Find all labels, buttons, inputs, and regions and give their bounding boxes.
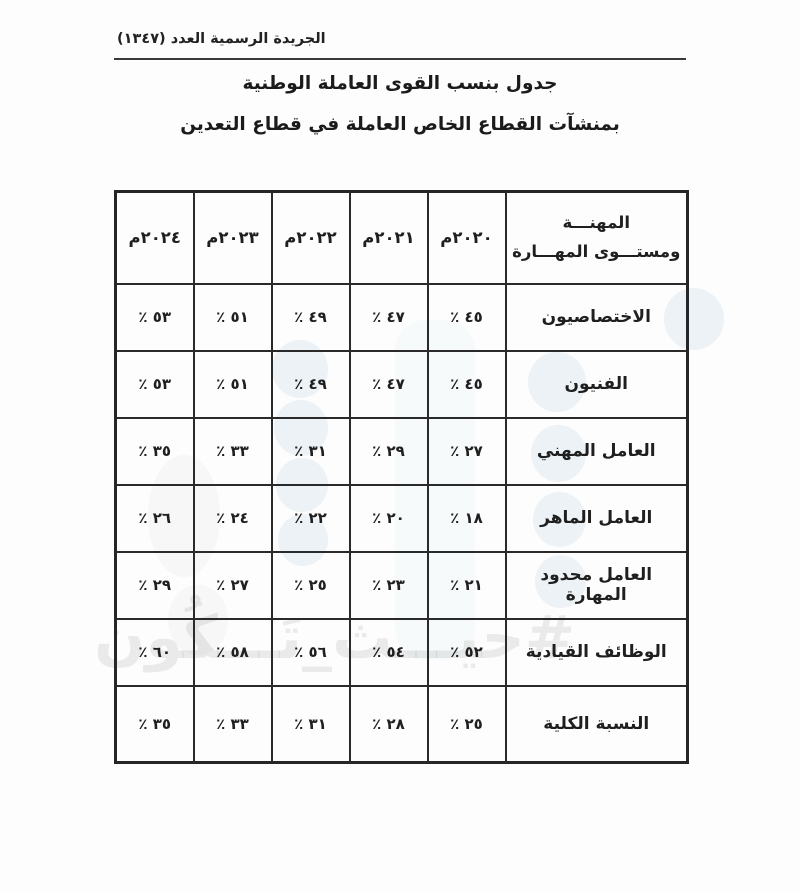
table-row: الفنيون٤٥ ٪٤٧ ٪٤٩ ٪٥١ ٪٥٣ ٪ bbox=[116, 351, 688, 418]
percent-cell: ٢٤ ٪ bbox=[194, 485, 272, 552]
percent-cell: ٤٩ ٪ bbox=[272, 284, 350, 351]
percent-cell: ٤٥ ٪ bbox=[428, 284, 506, 351]
percent-cell: ٥١ ٪ bbox=[194, 351, 272, 418]
year-header-2024: ٢٠٢٤م bbox=[116, 192, 194, 284]
row-label: العامل المهني bbox=[506, 418, 688, 485]
workforce-table-body: الاختصاصيون٤٥ ٪٤٧ ٪٤٩ ٪٥١ ٪٥٣ ٪الفنيون٤٥… bbox=[116, 284, 688, 763]
percent-cell: ٣٣ ٪ bbox=[194, 686, 272, 763]
header-rule bbox=[114, 58, 686, 60]
percent-cell: ٢٧ ٪ bbox=[194, 552, 272, 619]
table-row: الوظائف القيادية٥٢ ٪٥٤ ٪٥٦ ٪٥٨ ٪٦٠ ٪ bbox=[116, 619, 688, 686]
percent-cell: ٣٥ ٪ bbox=[116, 418, 194, 485]
percent-cell: ٢٠ ٪ bbox=[350, 485, 428, 552]
year-header-2022: ٢٠٢٢م bbox=[272, 192, 350, 284]
percent-cell: ٤٥ ٪ bbox=[428, 351, 506, 418]
table-row: العامل محدود المهارة٢١ ٪٢٣ ٪٢٥ ٪٢٧ ٪٢٩ ٪ bbox=[116, 552, 688, 619]
percent-cell: ٥٨ ٪ bbox=[194, 619, 272, 686]
percent-cell: ٣٥ ٪ bbox=[116, 686, 194, 763]
percent-cell: ٣١ ٪ bbox=[272, 686, 350, 763]
table-row: العامل المهني٢٧ ٪٢٩ ٪٣١ ٪٣٣ ٪٣٥ ٪ bbox=[116, 418, 688, 485]
occupation-header-line2: ومستـــوى المهـــارة bbox=[509, 238, 685, 267]
percent-cell: ٢٧ ٪ bbox=[428, 418, 506, 485]
row-label: الوظائف القيادية bbox=[506, 619, 688, 686]
percent-cell: ٢٢ ٪ bbox=[272, 485, 350, 552]
percent-cell: ٢٦ ٪ bbox=[116, 485, 194, 552]
percent-cell: ٥٦ ٪ bbox=[272, 619, 350, 686]
occupation-header-line1: المهنـــة bbox=[509, 209, 685, 238]
year-header-2023: ٢٠٢٣م bbox=[194, 192, 272, 284]
percent-cell: ٦٠ ٪ bbox=[116, 619, 194, 686]
document-title-line2: بمنشآت القطاع الخاص العاملة في قطاع التع… bbox=[0, 114, 800, 135]
gazette-running-head: الجريدة الرسمية العدد (١٣٤٧) bbox=[117, 31, 326, 47]
percent-cell: ٥٣ ٪ bbox=[116, 351, 194, 418]
percent-cell: ٥٤ ٪ bbox=[350, 619, 428, 686]
percent-cell: ٥٣ ٪ bbox=[116, 284, 194, 351]
workforce-percentages-table: المهنـــة ومستـــوى المهـــارة ٢٠٢٠م ٢٠٢… bbox=[114, 190, 689, 764]
percent-cell: ٥٢ ٪ bbox=[428, 619, 506, 686]
percent-cell: ٤٩ ٪ bbox=[272, 351, 350, 418]
percent-cell: ١٨ ٪ bbox=[428, 485, 506, 552]
row-label: الاختصاصيون bbox=[506, 284, 688, 351]
row-label: النسبة الكلية bbox=[506, 686, 688, 763]
percent-cell: ٢٩ ٪ bbox=[116, 552, 194, 619]
row-label: الفنيون bbox=[506, 351, 688, 418]
percent-cell: ٢٥ ٪ bbox=[428, 686, 506, 763]
percent-cell: ٣١ ٪ bbox=[272, 418, 350, 485]
row-label: العامل الماهر bbox=[506, 485, 688, 552]
percent-cell: ٤٧ ٪ bbox=[350, 351, 428, 418]
table-header-row: المهنـــة ومستـــوى المهـــارة ٢٠٢٠م ٢٠٢… bbox=[116, 192, 688, 284]
row-label: العامل محدود المهارة bbox=[506, 552, 688, 619]
percent-cell: ٤٧ ٪ bbox=[350, 284, 428, 351]
percent-cell: ٢٥ ٪ bbox=[272, 552, 350, 619]
percent-cell: ٣٣ ٪ bbox=[194, 418, 272, 485]
table-row: العامل الماهر١٨ ٪٢٠ ٪٢٢ ٪٢٤ ٪٢٦ ٪ bbox=[116, 485, 688, 552]
document-title-line1: جدول بنسب القوى العاملة الوطنية bbox=[0, 73, 800, 94]
year-header-2021: ٢٠٢١م bbox=[350, 192, 428, 284]
percent-cell: ٢٣ ٪ bbox=[350, 552, 428, 619]
document-content: الجريدة الرسمية العدد (١٣٤٧) جدول بنسب ا… bbox=[0, 0, 800, 892]
percent-cell: ٢٨ ٪ bbox=[350, 686, 428, 763]
table-row: النسبة الكلية٢٥ ٪٢٨ ٪٣١ ٪٣٣ ٪٣٥ ٪ bbox=[116, 686, 688, 763]
table-row: الاختصاصيون٤٥ ٪٤٧ ٪٤٩ ٪٥١ ٪٥٣ ٪ bbox=[116, 284, 688, 351]
percent-cell: ٢١ ٪ bbox=[428, 552, 506, 619]
year-header-2020: ٢٠٢٠م bbox=[428, 192, 506, 284]
gazette-page: #حيـــث_تَـــكُون الجريدة الرسمية العدد … bbox=[0, 0, 800, 892]
occupation-skill-header-cell: المهنـــة ومستـــوى المهـــارة bbox=[506, 192, 688, 284]
percent-cell: ٥١ ٪ bbox=[194, 284, 272, 351]
percent-cell: ٢٩ ٪ bbox=[350, 418, 428, 485]
